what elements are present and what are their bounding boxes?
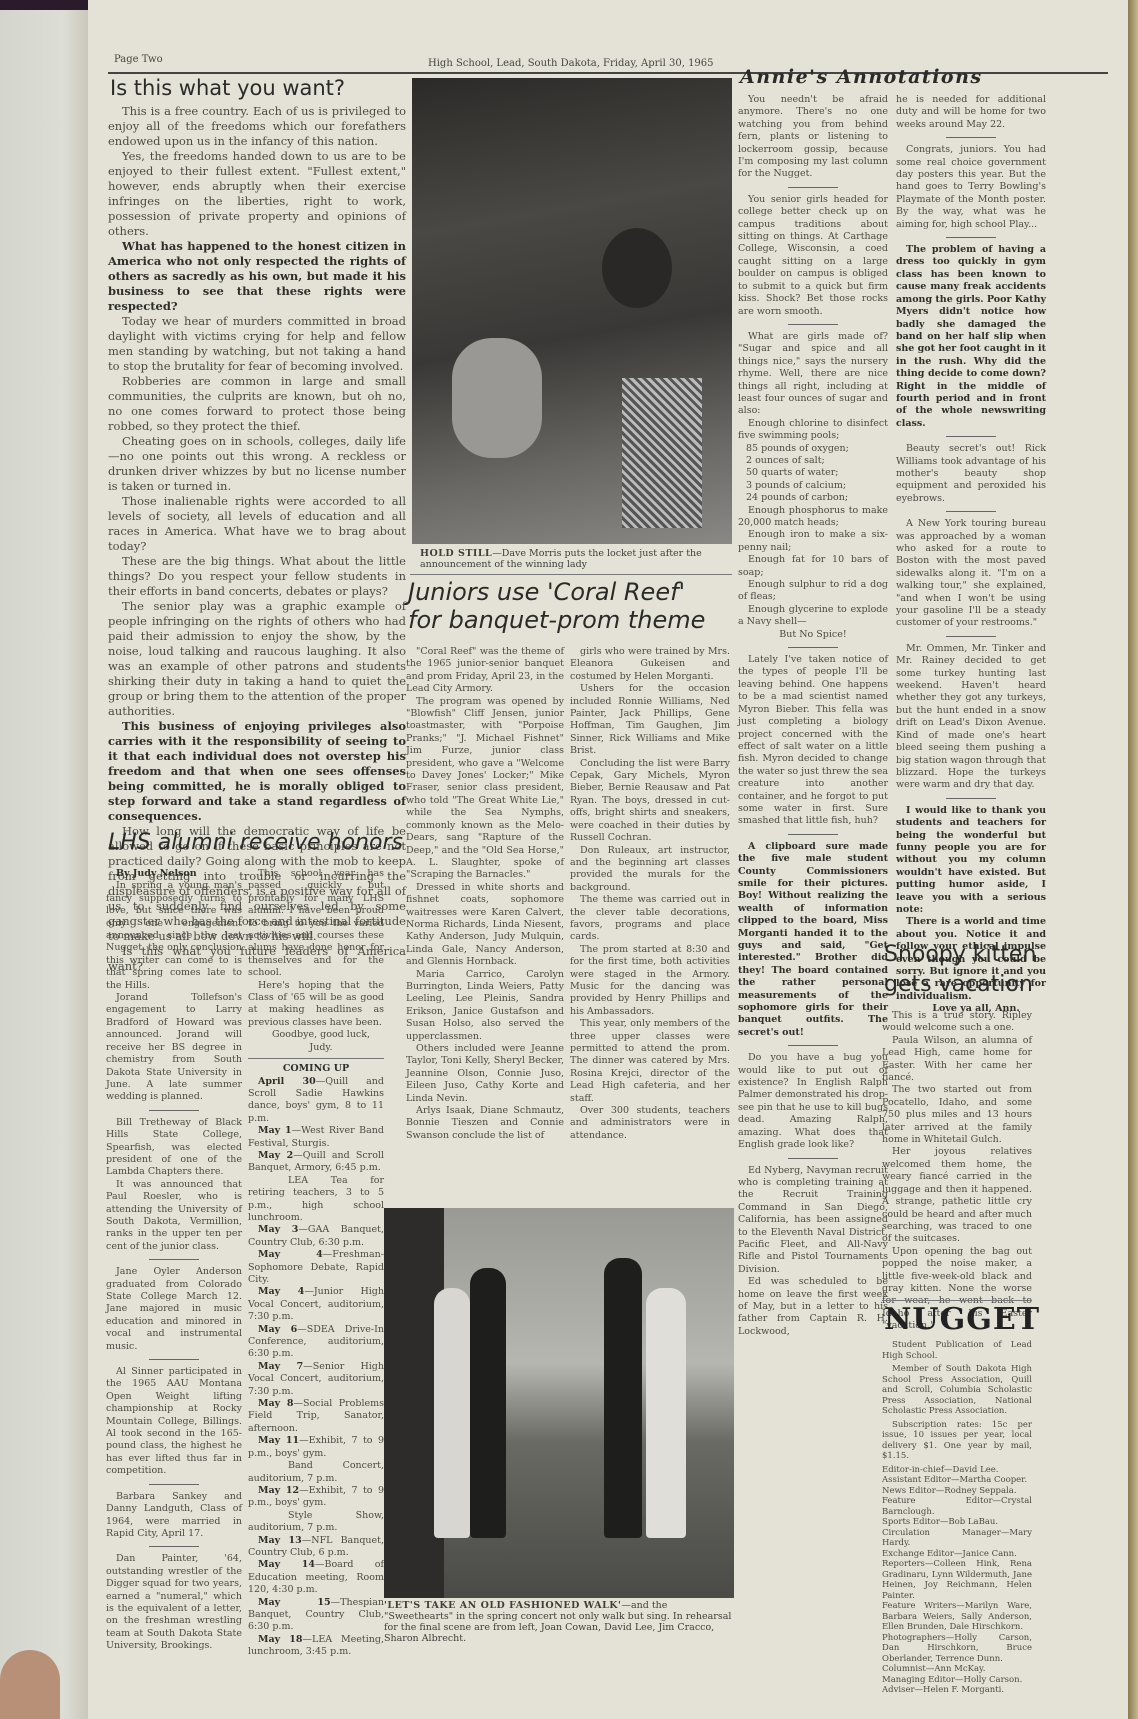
book-binding-top <box>0 0 90 10</box>
annie-list-item: But No Spice! <box>738 629 888 641</box>
prom-column-2: girls who were trained by Mrs. Eleanora … <box>570 646 730 1142</box>
alumni-paragraph: Al Sinner participated in the 1965 AAU M… <box>106 1366 242 1478</box>
snoopy-paragraph: Her joyous relatives welcomed them home,… <box>882 1146 1032 1245</box>
event-date: May 4 <box>258 1249 323 1260</box>
separator <box>946 137 996 138</box>
event-date: May 15 <box>258 1597 331 1608</box>
snoopy-paragraph: Paula Wilson, an alumna of Lead High, ca… <box>882 1035 1032 1085</box>
nugget-staff-line: Student Publication of Lead High School. <box>882 1340 1032 1361</box>
coming-up-event: May 2—Quill and Scroll Banquet, Armory, … <box>248 1150 384 1175</box>
alumni-byline: By Judy Nelson <box>106 868 242 880</box>
caption-lead: 'LET'S TAKE AN OLD FASHIONED WALK' <box>384 1600 621 1611</box>
snoopy-headline-line1: Snoopy kitten <box>884 940 1036 970</box>
editorial-paragraph: Today we hear of murders committed in br… <box>108 314 406 374</box>
alumni-paragraph: This school year has passed quickly but … <box>248 868 384 980</box>
coming-up-event: May 12—Exhibit, 7 to 9 p.m., boys' gym. <box>248 1485 384 1510</box>
editorial-paragraph: These are the big things. What about the… <box>108 554 406 599</box>
coming-up-event: May 4—Junior High Vocal Concert, auditor… <box>248 1286 384 1323</box>
prom-paragraph: Others included were Jeanne Taylor, Toni… <box>406 1043 564 1105</box>
annie-headline: Annie's Annotations <box>740 66 983 88</box>
annie-list-item: 2 ounces of salt; <box>738 455 888 467</box>
annie-paragraph: You needn't be afraid anymore. There's n… <box>738 94 888 181</box>
event-date: May 11 <box>258 1435 299 1446</box>
editorial-paragraph: Yes, the freedoms handed down to us are … <box>108 149 406 239</box>
prom-column-1: "Coral Reef" was the theme of the 1965 j… <box>406 646 564 1142</box>
caption-lead: HOLD STILL <box>420 548 492 559</box>
concert-photo <box>384 1208 734 1598</box>
separator <box>788 834 838 835</box>
coming-up-event: May 4—Freshman-Sophomore Debate, Rapid C… <box>248 1249 384 1286</box>
nugget-staff-line: Adviser—Helen F. Morganti. <box>882 1685 1032 1696</box>
separator <box>788 324 838 325</box>
annie-paragraph: Do you have a bug you would like to put … <box>738 1052 888 1151</box>
prom-paragraph: The prom started at 8:30 and for the fir… <box>570 944 730 1018</box>
coming-up-title: COMING UP <box>248 1063 384 1075</box>
nugget-staff-box: Student Publication of Lead High School.… <box>882 1340 1032 1696</box>
prom-paragraph: Arlys Isaak, Diane Schmautz, Bonnie Ties… <box>406 1105 564 1142</box>
snoopy-paragraph: This is a true story. Ripley would welco… <box>882 1010 1032 1035</box>
separator <box>788 1158 838 1159</box>
event-date: May 4 <box>258 1286 304 1297</box>
event-date: May 8 <box>258 1398 294 1409</box>
event-date: May 18 <box>258 1634 303 1645</box>
editorial-paragraph: Those inalienable rights were accorded t… <box>108 494 406 554</box>
separator <box>788 1045 838 1046</box>
photo-figure-dress-2 <box>646 1288 686 1538</box>
coming-up-event: May 18—LEA Meeting, lunchroom, 3:45 p.m. <box>248 1634 384 1659</box>
concert-photo-caption: 'LET'S TAKE AN OLD FASHIONED WALK'—and t… <box>384 1600 734 1644</box>
annie-paragraph: A clipboard sure made the five male stud… <box>738 841 888 1040</box>
alumni-paragraph: Here's hoping that the Class of '65 will… <box>248 980 384 1030</box>
annie-paragraph: You senior girls headed for college bett… <box>738 194 888 318</box>
separator <box>946 636 996 637</box>
event-date: May 13 <box>258 1535 302 1546</box>
coming-up-event: April 30—Quill and Scroll Sadie Hawkins … <box>248 1076 384 1126</box>
nugget-staff-line: Editor-in-chief—David Lee. <box>882 1465 1032 1476</box>
separator <box>946 511 996 512</box>
photo-figure-seated <box>452 338 542 458</box>
nugget-staff-line: News Editor—Rodney Seppala. <box>882 1486 1032 1497</box>
annie-paragraph: The problem of having a dress too quickl… <box>896 244 1046 430</box>
coming-up-event: May 6—SDEA Drive-In Conference, auditori… <box>248 1324 384 1361</box>
nugget-staff-line: Feature Editor—Crystal Barnclough. <box>882 1496 1032 1517</box>
alumni-signature: Judy. <box>248 1042 384 1054</box>
nugget-staff-line: Member of South Dakota High School Press… <box>882 1364 1032 1417</box>
prom-paragraph: Don Ruleaux, art instructor, and the beg… <box>570 845 730 895</box>
photo-figure-dress-1 <box>434 1288 470 1538</box>
coming-up-event: May 1—West River Band Festival, Sturgis. <box>248 1125 384 1150</box>
coming-up-event: May 8—Social Problems Field Trip, Sanato… <box>248 1398 384 1435</box>
coming-up-event: Style Show, auditorium, 7 p.m. <box>248 1510 384 1535</box>
annie-paragraph: A New York touring bureau was approached… <box>896 518 1046 630</box>
alumni-paragraph: Dan Painter, '64, outstanding wrestler o… <box>106 1553 242 1652</box>
event-date: May 1 <box>258 1125 292 1136</box>
separator <box>149 1484 199 1485</box>
prom-paragraph: Over 300 students, teachers and administ… <box>570 1105 730 1142</box>
alumni-paragraph: Jorand Tollefson's engagement to Larry B… <box>106 992 242 1104</box>
coming-up-event: May 7—Senior High Vocal Concert, auditor… <box>248 1361 384 1398</box>
prom-paragraph: This year, only members of the three upp… <box>570 1018 730 1105</box>
alumni-paragraph: It was announced that Paul Roesler, who … <box>106 1179 242 1253</box>
annie-list-item: Enough iron to make a six-penny nail; <box>738 529 888 554</box>
event-text: Band Concert, auditorium, 7 p.m. <box>248 1460 384 1483</box>
nugget-title: NUGGET <box>884 1302 1040 1337</box>
annie-paragraph: Beauty secret's out! Rick Williams took … <box>896 443 1046 505</box>
editorial-paragraph: This business of enjoying privileges als… <box>108 719 406 824</box>
prom-paragraph: Dressed in white shorts and fishnet coat… <box>406 882 564 969</box>
photo-skirt <box>622 378 702 528</box>
annie-list-item: 3 pounds of calcium; <box>738 480 888 492</box>
event-date: May 7 <box>258 1361 303 1372</box>
annie-paragraph: Ed Nyberg, Navyman recruit who is comple… <box>738 1165 888 1277</box>
photo-figure-suit-2 <box>604 1258 642 1538</box>
coming-up-event: May 3—GAA Banquet, Country Club, 6:30 p.… <box>248 1224 384 1249</box>
nugget-staff-line: Reporters—Colleen Hink, Rena Gradinaru, … <box>882 1559 1032 1601</box>
annie-list-item: 50 quarts of water; <box>738 467 888 479</box>
annie-paragraph: Ed was scheduled to be home on leave the… <box>738 1276 888 1338</box>
book-left-pages <box>0 0 90 1719</box>
annie-list-item: Enough phosphorus to make 20,000 match h… <box>738 505 888 530</box>
nugget-rule <box>882 1300 1032 1301</box>
annie-list-item: Enough chlorine to disinfect five swimmi… <box>738 418 888 443</box>
annie-column-1: You needn't be afraid anymore. There's n… <box>738 94 888 1338</box>
nugget-staff-line: Sports Editor—Bob LaBau. <box>882 1517 1032 1528</box>
annie-list-item: Enough glycerine to explode a Navy shell… <box>738 604 888 629</box>
prom-paragraph: girls who were trained by Mrs. Eleanora … <box>570 646 730 683</box>
snoopy-headline: Snoopy kitten gets vacation <box>884 940 1036 1000</box>
prom-paragraph: The program was opened by "Blowfish" Cli… <box>406 696 564 882</box>
separator <box>946 798 996 799</box>
editorial-paragraph: This is a free country. Each of us is pr… <box>108 104 406 149</box>
alumni-paragraph: Jane Oyler Anderson graduated from Color… <box>106 1266 242 1353</box>
coming-up-event: May 13—NFL Banquet, Country Club, 6 p.m. <box>248 1535 384 1560</box>
snoopy-body: This is a true story. Ripley would welco… <box>882 1010 1032 1333</box>
annie-list-item: 24 pounds of carbon; <box>738 492 888 504</box>
annie-paragraph: Congrats, juniors. You had some real cho… <box>896 144 1046 231</box>
prom-paragraph: Maria Carrico, Carolyn Burrington, Linda… <box>406 969 564 1043</box>
annie-paragraph: Lately I've taken notice of the types of… <box>738 654 888 828</box>
editorial-paragraph: What has happened to the honest citizen … <box>108 239 406 314</box>
alumni-column-2: This school year has passed quickly but … <box>248 868 384 1659</box>
thumb <box>0 1650 60 1719</box>
snoopy-headline-line2: gets vacation <box>884 970 1036 1000</box>
coming-up-event: May 11—Exhibit, 7 to 9 p.m., boys' gym. <box>248 1435 384 1460</box>
annie-list-item: 85 pounds of oxygen; <box>738 443 888 455</box>
event-date: May 12 <box>258 1485 299 1496</box>
prom-headline-line2: for banquet-prom theme <box>408 606 705 634</box>
separator <box>149 1259 199 1260</box>
event-date: May 2 <box>258 1150 293 1161</box>
prom-headline: Juniors use 'Coral Reef' for banquet-pro… <box>408 578 705 634</box>
separator <box>946 237 996 238</box>
prom-paragraph: Ushers for the occasion included Ronnie … <box>570 683 730 757</box>
event-date: May 14 <box>258 1559 315 1570</box>
prom-photo-caption: HOLD STILL—Dave Morris puts the locket j… <box>420 548 720 570</box>
event-date: May 6 <box>258 1324 297 1335</box>
coming-up-list: April 30—Quill and Scroll Sadie Hawkins … <box>248 1076 384 1659</box>
nugget-staff-line: Assistant Editor—Martha Cooper. <box>882 1475 1032 1486</box>
snoopy-paragraph: The two started out from Pocatello, Idah… <box>882 1084 1032 1146</box>
coming-up-event: Band Concert, auditorium, 7 p.m. <box>248 1460 384 1485</box>
nugget-staff-line: Exchange Editor—Janice Cann. <box>882 1549 1032 1560</box>
editorial-headline: Is this what you want? <box>110 76 345 100</box>
alumni-headline: LHS alumni receive honors <box>108 830 403 855</box>
alumni-paragraph: Barbara Sankey and Danny Landguth, Class… <box>106 1491 242 1541</box>
annie-paragraph: What are girls made of? "Sugar and spice… <box>738 331 888 418</box>
annie-paragraph: I would like to thank you students and t… <box>896 805 1046 917</box>
coming-up-event: May 15—Thespian Banquet, Country Club, 6… <box>248 1597 384 1634</box>
prom-paragraph: The theme was carried out in the clever … <box>570 894 730 944</box>
prom-photo <box>412 78 732 544</box>
annie-list-item: Enough fat for 10 bars of soap; <box>738 554 888 579</box>
dateline: High School, Lead, South Dakota, Friday,… <box>428 58 714 69</box>
separator <box>946 436 996 437</box>
editorial-paragraph: Cheating goes on in schools, colleges, d… <box>108 434 406 494</box>
editorial-paragraph: Robberies are common in large and small … <box>108 374 406 434</box>
prom-paragraph: Concluding the list were Barry Cepak, Ga… <box>570 758 730 845</box>
nugget-staff-line: Subscription rates: 15c per issue, 10 is… <box>882 1420 1032 1462</box>
nugget-staff-line: Managing Editor—Holly Carson. <box>882 1675 1032 1686</box>
coming-up-rule <box>248 1058 384 1059</box>
annie-column-2: he is needed for additional duty and wil… <box>896 94 1046 1016</box>
event-text: LEA Tea for retiring teachers, 3 to 5 p.… <box>248 1175 384 1223</box>
next-page-edge <box>1128 0 1138 1719</box>
nugget-staff-line: Circulation Manager—Mary Hardy. <box>882 1528 1032 1549</box>
alumni-signoff: Goodbye, good luck, <box>248 1029 384 1041</box>
newspaper-page: Page Two High School, Lead, South Dakota… <box>88 0 1128 1719</box>
nugget-staff-line: Feature Writers—Marilyn Ware, Barbara We… <box>882 1601 1032 1633</box>
photo-figure <box>602 228 672 308</box>
separator <box>788 187 838 188</box>
coming-up-event: May 14—Board of Education meeting, Room … <box>248 1559 384 1596</box>
alumni-column-1: By Judy Nelson In spring a young man's f… <box>106 868 242 1653</box>
nugget-staff-line: Photographers—Holly Carson, Dan Hirschko… <box>882 1633 1032 1665</box>
annie-list-item: Enough sulphur to rid a dog of fleas; <box>738 579 888 604</box>
caption-rule <box>410 574 732 575</box>
photo-figure-suit-1 <box>470 1268 506 1538</box>
alumni-paragraph: Bill Tretheway of Black Hills State Coll… <box>106 1117 242 1179</box>
page-folio: Page Two <box>114 54 163 65</box>
nugget-staff-line: Columnist—Ann McKay. <box>882 1664 1032 1675</box>
prom-paragraph: "Coral Reef" was the theme of the 1965 j… <box>406 646 564 696</box>
prom-headline-line1: Juniors use 'Coral Reef' <box>408 578 705 606</box>
event-text: Style Show, auditorium, 7 p.m. <box>248 1510 384 1533</box>
event-date: April 30 <box>258 1076 316 1087</box>
event-date: May 3 <box>258 1224 298 1235</box>
coming-up-event: LEA Tea for retiring teachers, 3 to 5 p.… <box>248 1175 384 1225</box>
separator <box>149 1546 199 1547</box>
editorial-paragraph: The senior play was a graphic example of… <box>108 599 406 719</box>
annie-paragraph: he is needed for additional duty and wil… <box>896 94 1046 131</box>
annie-paragraph: Mr. Ommen, Mr. Tinker and Mr. Rainey dec… <box>896 643 1046 792</box>
alumni-paragraph: In spring a young man's fancy supposedly… <box>106 880 242 992</box>
separator <box>149 1110 199 1111</box>
separator <box>788 647 838 648</box>
separator <box>149 1359 199 1360</box>
